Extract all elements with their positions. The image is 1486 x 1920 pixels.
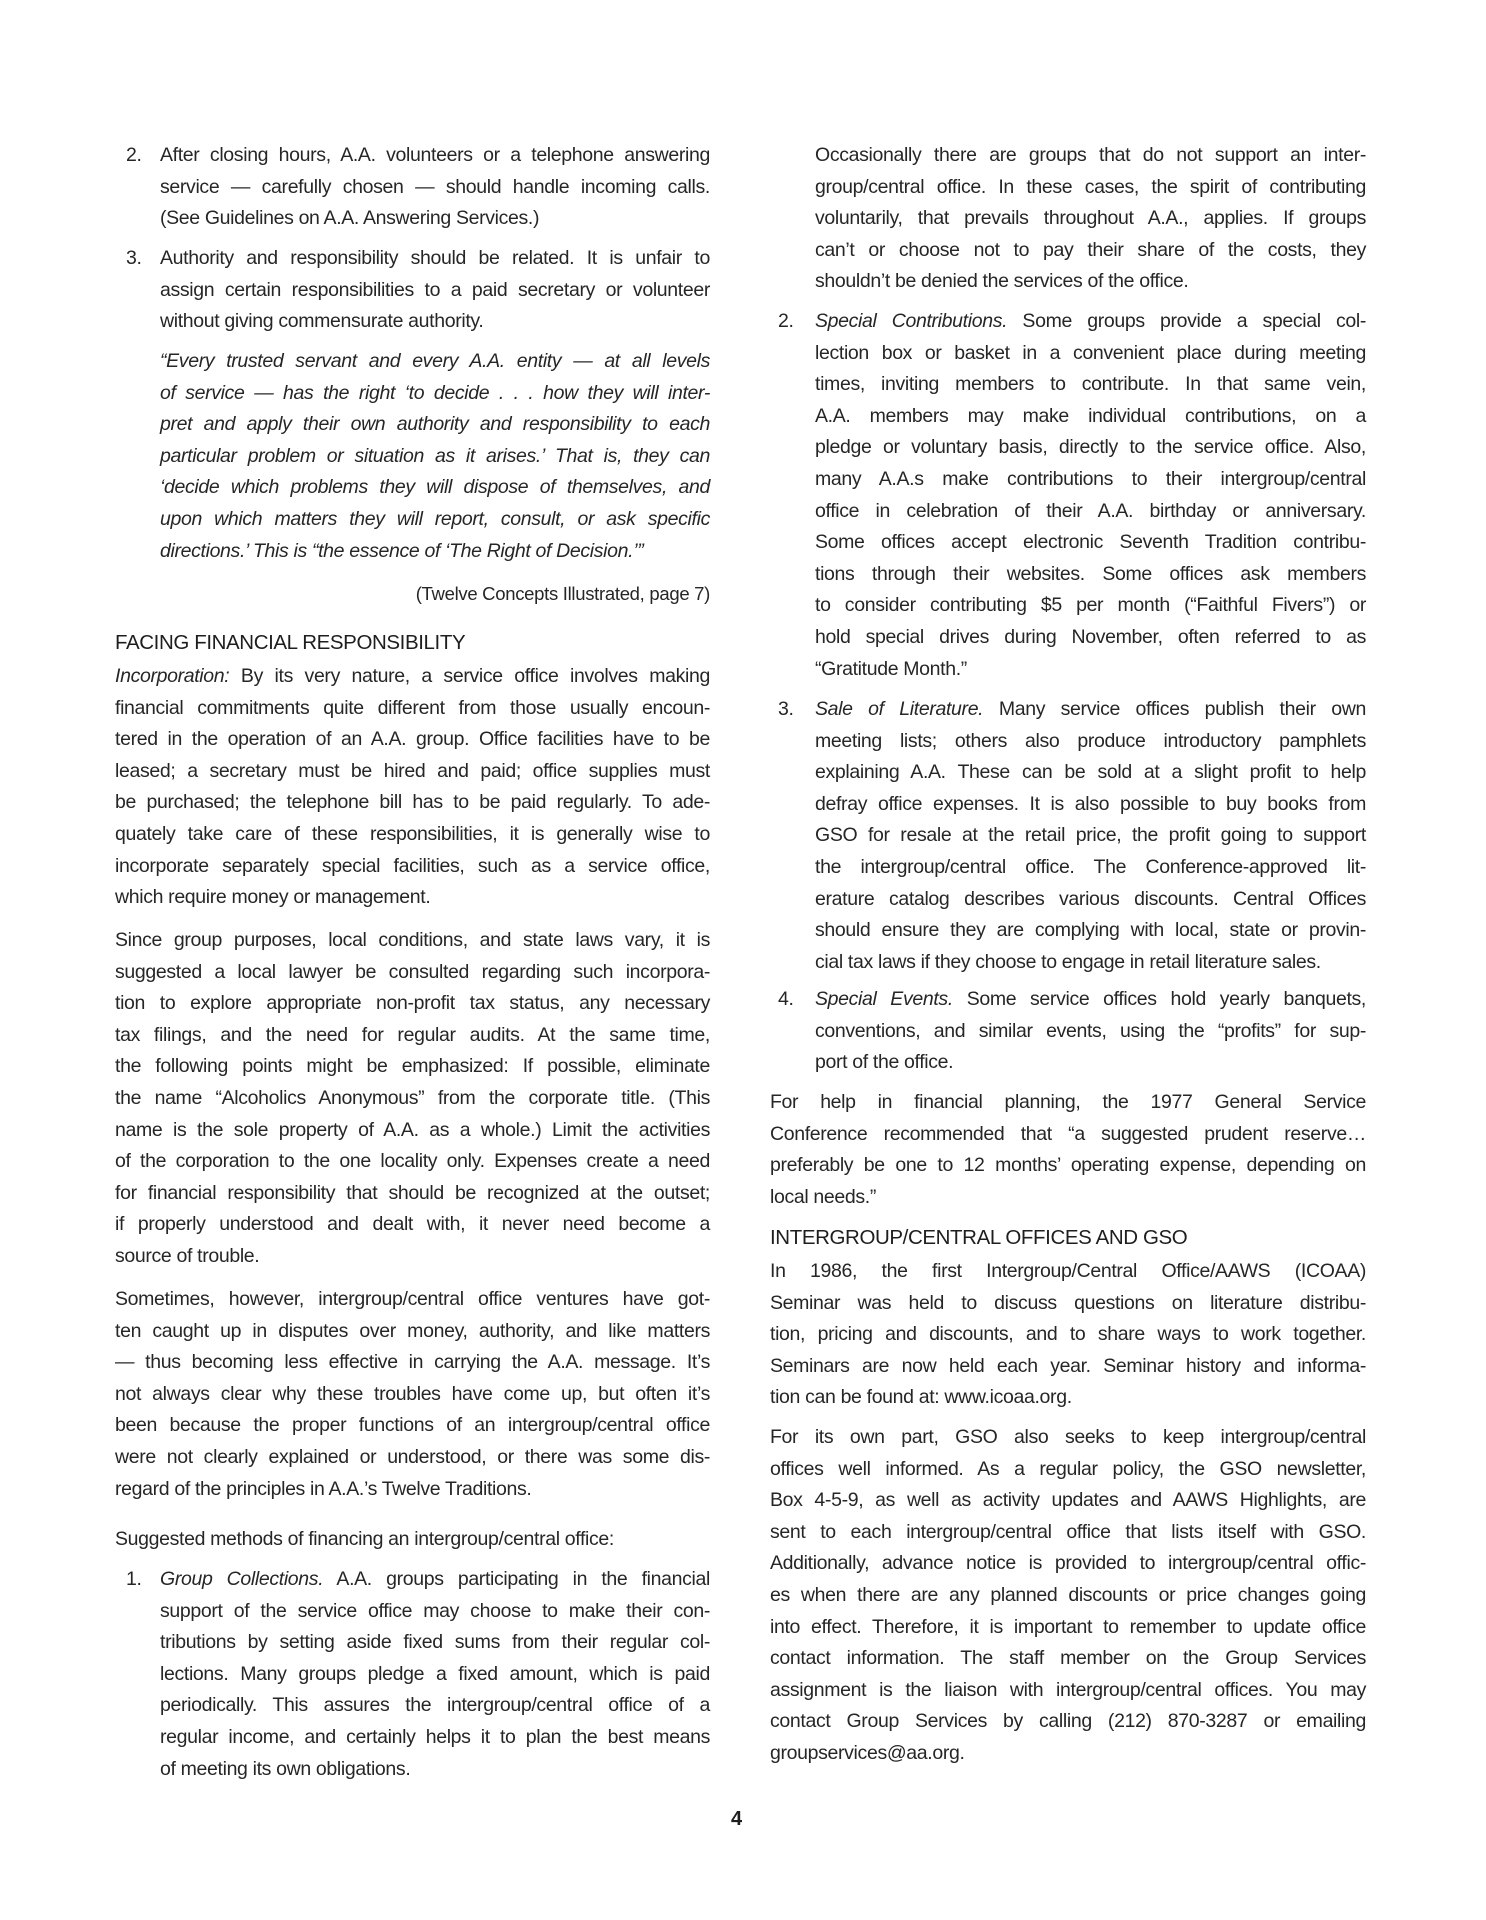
list-number: 4. xyxy=(778,984,794,1016)
text-line: for financial responsibility that should… xyxy=(115,1178,710,1210)
text-line: explaining A.A. These can be sold at a s… xyxy=(770,757,1366,789)
quote-line: ‘decide which problems they will dispose… xyxy=(115,472,710,504)
quote-citation: (Twelve Concepts Illustrated, page 7) xyxy=(416,579,710,609)
list-item-group-collections: 1. Group Collections. A.A. groups partic… xyxy=(115,1564,710,1785)
text-line: Seminar was held to discuss questions on… xyxy=(770,1288,1366,1320)
text-line: suggested a local lawyer be consulted re… xyxy=(115,957,710,989)
text-line: cial tax laws if they choose to engage i… xyxy=(770,947,1366,979)
text-line: assignment is the liaison with intergrou… xyxy=(770,1675,1366,1707)
text-line: Occasionally there are groups that do no… xyxy=(770,140,1366,172)
list-number: 1. xyxy=(126,1564,142,1596)
list-number: 3. xyxy=(126,243,142,275)
text-line: to consider contributing $5 per month (“… xyxy=(770,590,1366,622)
quote-line: pret and apply their own authority and r… xyxy=(115,409,710,441)
text-line: been because the proper functions of an … xyxy=(115,1410,710,1442)
text-line: local needs.” xyxy=(770,1182,1366,1214)
list-item-special-events: 4. Special Events. Some service offices … xyxy=(770,984,1366,1079)
run-in-heading: Special Events. xyxy=(815,988,953,1010)
text-line: erature catalog describes various discou… xyxy=(770,884,1366,916)
text-line: of meeting its own obligations. xyxy=(115,1754,710,1786)
paragraph-suggested: Suggested methods of financing an interg… xyxy=(115,1524,710,1556)
text-line: Box 4-5-9, as well as activity updates a… xyxy=(770,1485,1366,1517)
text-line: quately take care of these responsibilit… xyxy=(115,819,710,851)
text-line: the following points might be emphasized… xyxy=(115,1051,710,1083)
list-item-sale-of-literature: 3. Sale of Literature. Many service offi… xyxy=(770,694,1366,978)
list-number: 2. xyxy=(778,306,794,338)
text-line: which require money or management. xyxy=(115,882,710,914)
text-line: Conference recommended that “a suggested… xyxy=(770,1119,1366,1151)
text-line: “Gratitude Month.” xyxy=(770,654,1366,686)
text-line: were not clearly explained or understood… xyxy=(115,1442,710,1474)
text-line: can’t or choose not to pay their share o… xyxy=(770,235,1366,267)
list-item-3: 3. Authority and responsibility should b… xyxy=(115,243,710,338)
list-item-2: 2. After closing hours, A.A. volunteers … xyxy=(115,140,710,235)
text-line: tion to explore appropriate non-profit t… xyxy=(115,988,710,1020)
text-line: es when there are any planned discounts … xyxy=(770,1580,1366,1612)
text-line: meeting lists; others also produce intro… xyxy=(770,726,1366,758)
text-line: Incorporation: By its very nature, a ser… xyxy=(115,661,710,693)
text-line: service — carefully chosen — should hand… xyxy=(115,172,710,204)
text-line: port of the office. xyxy=(770,1047,1366,1079)
text-line: For help in financial planning, the 1977… xyxy=(770,1087,1366,1119)
text-line: tion can be found at: www.icoaa.org. xyxy=(770,1382,1366,1414)
text-line: office in celebration of their A.A. birt… xyxy=(770,496,1366,528)
text-line: Additionally, advance notice is provided… xyxy=(770,1548,1366,1580)
text-line: contact information. The staff member on… xyxy=(770,1643,1366,1675)
list-item-special-contributions: 2. Special Contributions. Some groups pr… xyxy=(770,306,1366,685)
text-line: voluntarily, that prevails throughout A.… xyxy=(770,203,1366,235)
text-line: groupservices@aa.org. xyxy=(770,1738,1366,1770)
run-in-heading: Group Collections. xyxy=(160,1568,323,1590)
text-line: financial commitments quite different fr… xyxy=(115,693,710,725)
text-line: support of the service office may choose… xyxy=(115,1596,710,1628)
text-line: GSO for resale at the retail price, the … xyxy=(770,820,1366,852)
text-line: After closing hours, A.A. volunteers or … xyxy=(115,140,710,172)
quote-line: “Every trusted servant and every A.A. en… xyxy=(115,346,710,378)
text-line: tion, pricing and discounts, and to shar… xyxy=(770,1319,1366,1351)
text-line: incorporate separately special facilitie… xyxy=(115,851,710,883)
text-line: regular income, and certainly helps it t… xyxy=(115,1722,710,1754)
text-line: Special Contributions. Some groups provi… xyxy=(770,306,1366,338)
text-line: tions through their websites. Some offic… xyxy=(770,559,1366,591)
text-line: group/central office. In these cases, th… xyxy=(770,172,1366,204)
text-line: source of trouble. xyxy=(115,1241,710,1273)
text-line: without giving commensurate authority. xyxy=(115,306,710,338)
text-line: defray office expenses. It is also possi… xyxy=(770,789,1366,821)
text-line: leased; a secretary must be hired and pa… xyxy=(115,756,710,788)
text-line: Suggested methods of financing an interg… xyxy=(115,1524,710,1556)
text-line: Some offices accept electronic Seventh T… xyxy=(770,527,1366,559)
text-line: periodically. This assures the intergrou… xyxy=(115,1690,710,1722)
run-in-heading: Special Contributions. xyxy=(815,310,1007,332)
text-line: Sometimes, however, intergroup/central o… xyxy=(115,1284,710,1316)
text-line: tributions by setting aside fixed sums f… xyxy=(115,1627,710,1659)
text-line: Sale of Literature. Many service offices… xyxy=(770,694,1366,726)
text-line: — thus becoming less effective in carryi… xyxy=(115,1347,710,1379)
text-line: Authority and responsibility should be r… xyxy=(115,243,710,275)
paragraph-incorporation: Incorporation: By its very nature, a ser… xyxy=(115,661,710,914)
block-quote: “Every trusted servant and every A.A. en… xyxy=(115,346,710,567)
text-line: lection box or basket in a convenient pl… xyxy=(770,338,1366,370)
text-line: conventions, and similar events, using t… xyxy=(770,1016,1366,1048)
text-line: Special Events. Some service offices hol… xyxy=(770,984,1366,1016)
text-line: A.A. members may make individual contrib… xyxy=(770,401,1366,433)
paragraph-gso: For its own part, GSO also seeks to keep… xyxy=(770,1422,1366,1770)
quote-line: upon which matters they will report, con… xyxy=(115,504,710,536)
text-line: the intergroup/central office. The Confe… xyxy=(770,852,1366,884)
text-line: tax filings, and the need for regular au… xyxy=(115,1020,710,1052)
section-heading-intergroup: INTERGROUP/CENTRAL OFFICES AND GSO xyxy=(770,1222,1187,1254)
text-line: Since group purposes, local conditions, … xyxy=(115,925,710,957)
text-line: contact Group Services by calling (212) … xyxy=(770,1706,1366,1738)
text-line: not always clear why these troubles have… xyxy=(115,1379,710,1411)
section-heading-financial: FACING FINANCIAL RESPONSIBILITY xyxy=(115,627,465,659)
text-line: assign certain responsibilities to a pai… xyxy=(115,275,710,307)
run-in-heading: Incorporation: xyxy=(115,665,229,687)
list-number: 2. xyxy=(126,140,142,172)
quote-line: particular problem or situation as it ar… xyxy=(115,441,710,473)
text-line: (See Guidelines on A.A. Answering Servic… xyxy=(115,203,710,235)
text-line: regard of the principles in A.A.’s Twelv… xyxy=(115,1474,710,1506)
text-line: tered in the operation of an A.A. group.… xyxy=(115,724,710,756)
text-line: In 1986, the first Intergroup/Central Of… xyxy=(770,1256,1366,1288)
document-page: 2. After closing hours, A.A. volunteers … xyxy=(0,0,1486,1920)
text-line: name is the sole property of A.A. as a w… xyxy=(115,1115,710,1147)
text-line: Group Collections. A.A. groups participa… xyxy=(115,1564,710,1596)
text-line: Seminars are now held each year. Seminar… xyxy=(770,1351,1366,1383)
text-line: lections. Many groups pledge a fixed amo… xyxy=(115,1659,710,1691)
quote-line: directions.’ This is “the essence of ‘Th… xyxy=(115,536,710,568)
text-line: hold special drives during November, oft… xyxy=(770,622,1366,654)
text-line: sent to each intergroup/central office t… xyxy=(770,1517,1366,1549)
list-number: 3. xyxy=(778,694,794,726)
text-line: many A.A.s make contributions to their i… xyxy=(770,464,1366,496)
text-line: times, inviting members to contribute. I… xyxy=(770,369,1366,401)
text-line: be purchased; the telephone bill has to … xyxy=(115,787,710,819)
text-line: shouldn’t be denied the services of the … xyxy=(770,266,1366,298)
paragraph-sometimes: Sometimes, however, intergroup/central o… xyxy=(115,1284,710,1505)
paragraph-financial-planning: For help in financial planning, the 1977… xyxy=(770,1087,1366,1213)
text-line: For its own part, GSO also seeks to keep… xyxy=(770,1422,1366,1454)
text-line: into effect. Therefore, it is important … xyxy=(770,1612,1366,1644)
text-line: should ensure they are complying with lo… xyxy=(770,915,1366,947)
text-line: if properly understood and dealt with, i… xyxy=(115,1209,710,1241)
quote-line: of service — has the right ‘to decide . … xyxy=(115,378,710,410)
paragraph-icoaa: In 1986, the first Intergroup/Central Of… xyxy=(770,1256,1366,1414)
list-item-group-collections-continued: Occasionally there are groups that do no… xyxy=(770,140,1366,298)
text-line: offices well informed. As a regular poli… xyxy=(770,1454,1366,1486)
paragraph-since: Since group purposes, local conditions, … xyxy=(115,925,710,1273)
text-line: of the corporation to the one locality o… xyxy=(115,1146,710,1178)
text-line: preferably be one to 12 months’ operatin… xyxy=(770,1150,1366,1182)
text-line: the name “Alcoholics Anonymous” from the… xyxy=(115,1083,710,1115)
text-line: ten caught up in disputes over money, au… xyxy=(115,1316,710,1348)
run-in-heading: Sale of Literature. xyxy=(815,698,983,720)
text-line: pledge or voluntary basis, directly to t… xyxy=(770,432,1366,464)
page-number: 4 xyxy=(731,1808,742,1831)
